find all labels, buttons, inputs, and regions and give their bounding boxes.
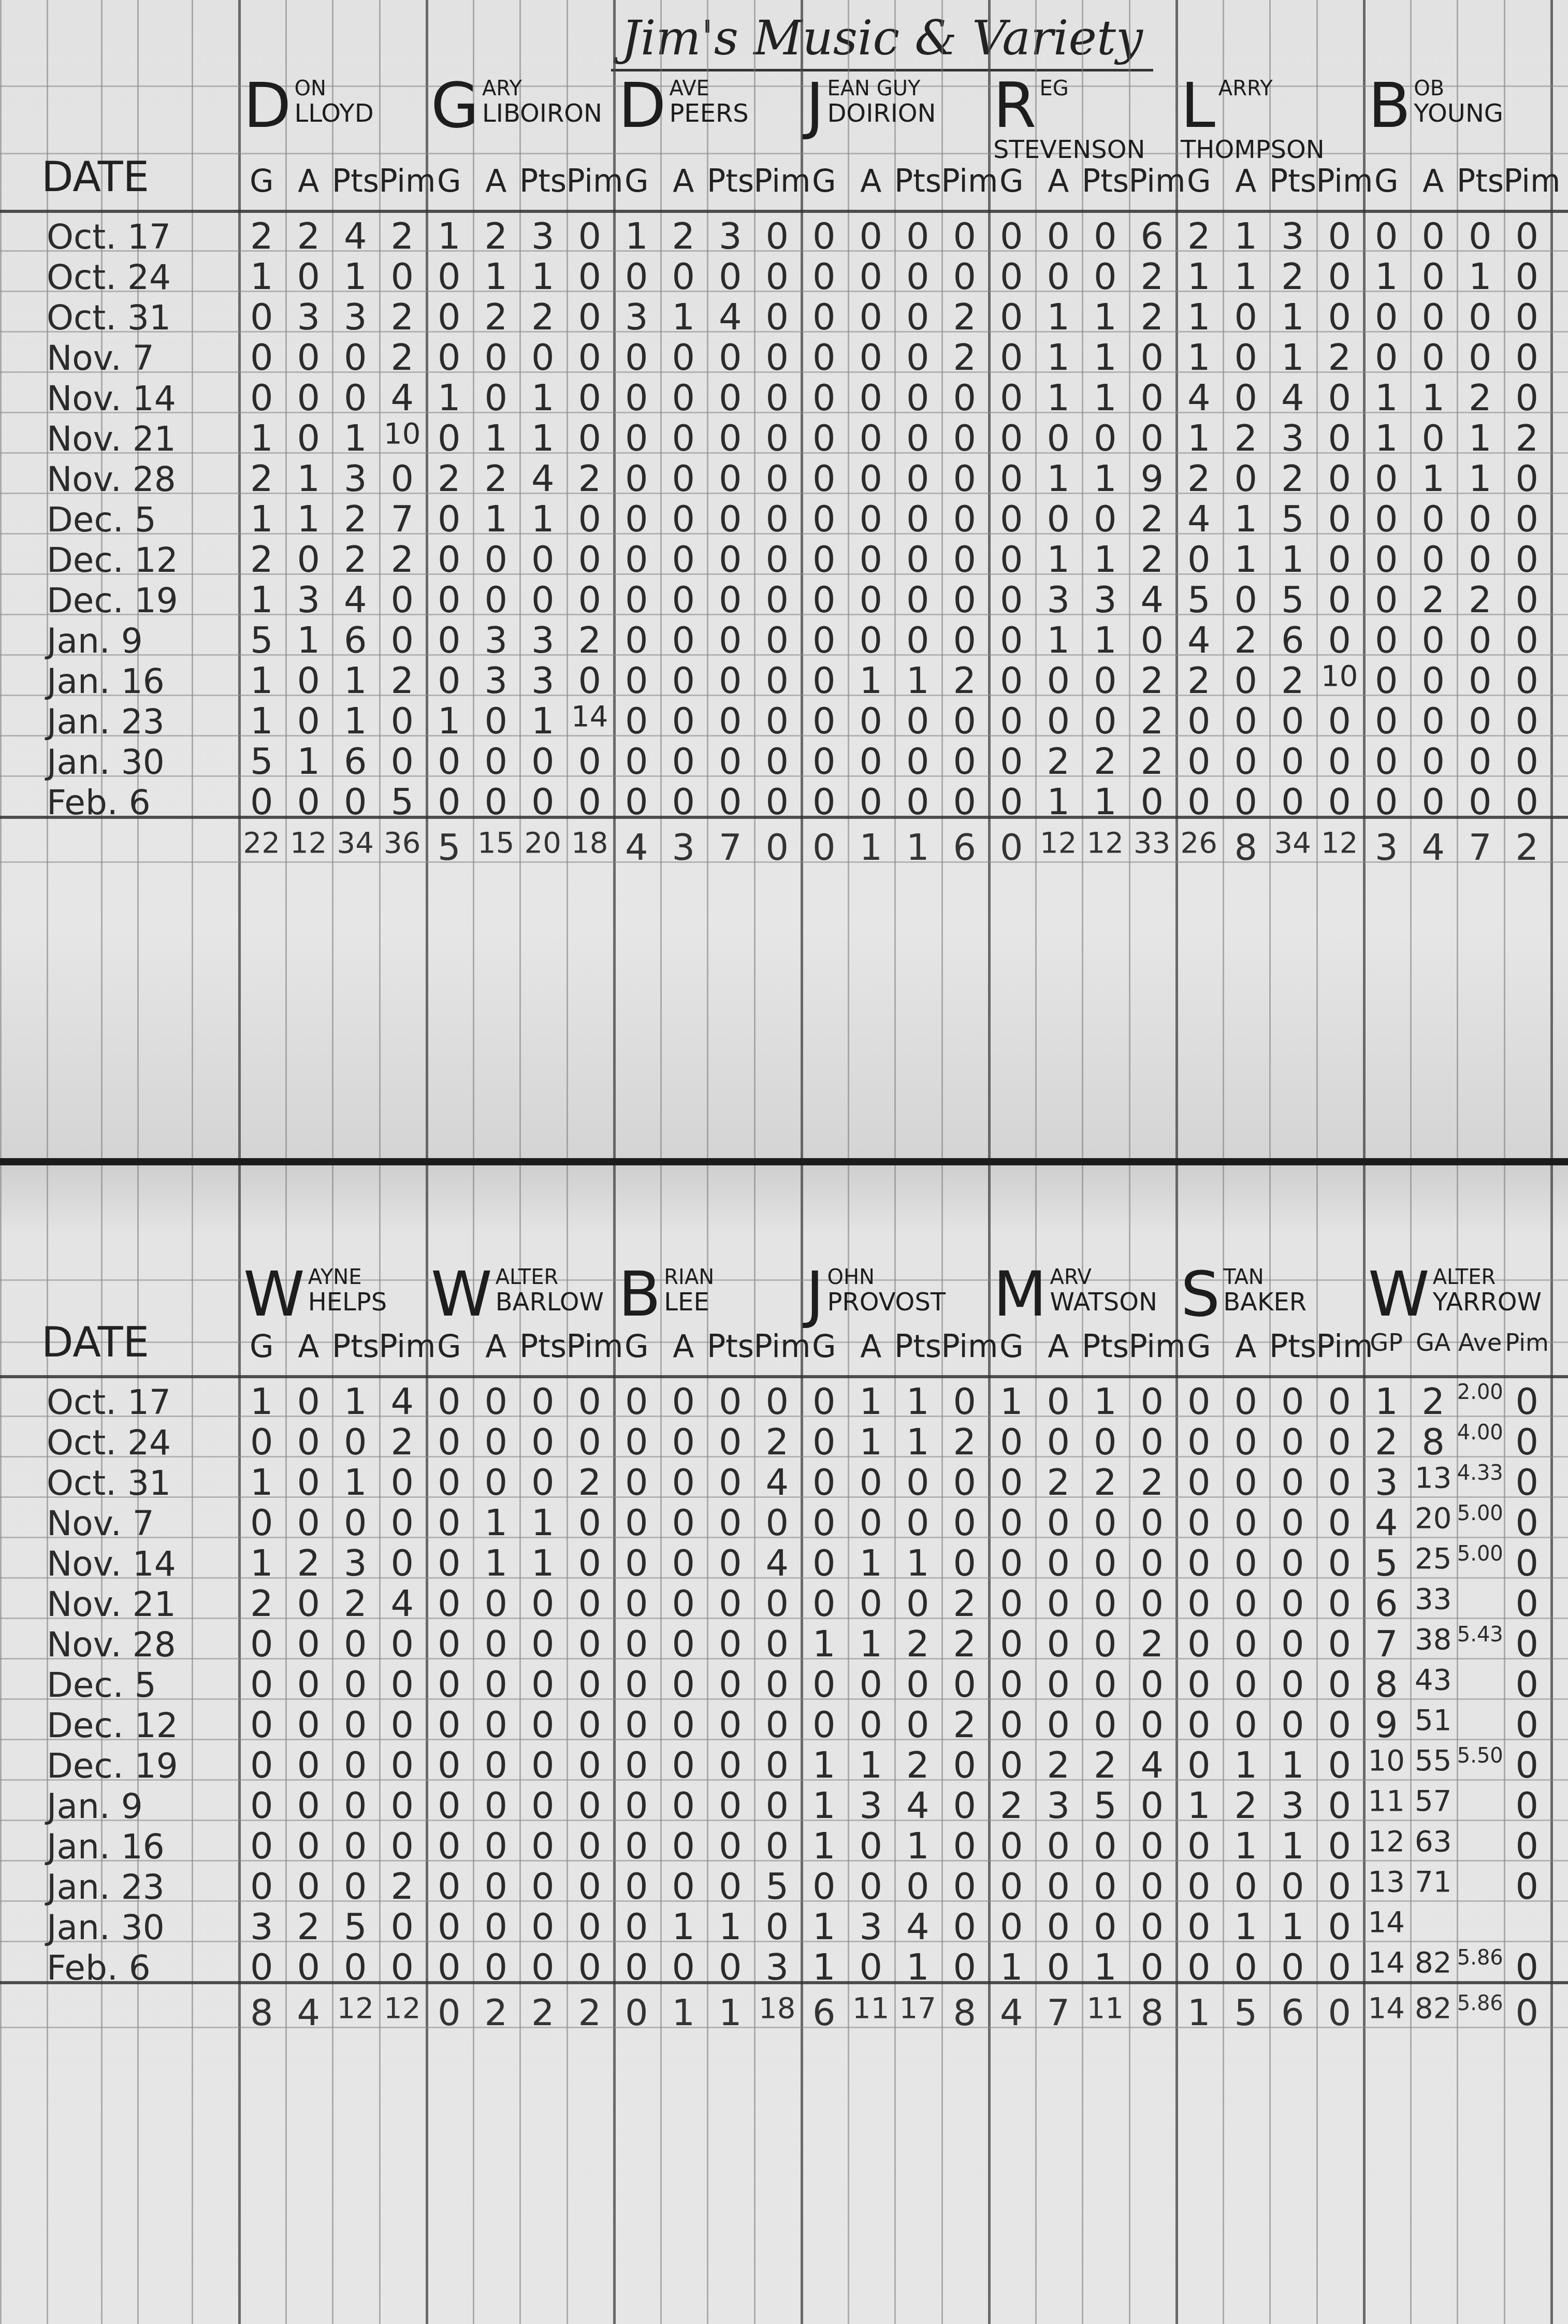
total-cell: 5 <box>426 826 473 869</box>
stat-cell: 0 <box>801 781 848 823</box>
stat-cell: 0 <box>660 1502 707 1544</box>
stat-cell: 0 <box>1129 1542 1176 1584</box>
stat-cell: 0 <box>988 700 1035 742</box>
stat-cell: 2 <box>1269 457 1316 500</box>
stat-cell: 0 <box>1504 1380 1551 1423</box>
stat-cell: 0 <box>285 659 332 702</box>
stat-cell: 0 <box>238 1663 285 1706</box>
stat-cell: 1 <box>1410 377 1457 419</box>
date-cell: Jan. 23 <box>47 702 165 742</box>
stat-cell: 1 <box>894 1946 941 1988</box>
stat-cell: 0 <box>238 1825 285 1867</box>
stat-cell: 3 <box>848 1784 895 1827</box>
stat-cell: 1 <box>1410 457 1457 500</box>
stat-cell: 0 <box>567 1623 614 1665</box>
stat-cell: 9 <box>1363 1704 1410 1746</box>
stat-cell: 0 <box>426 1663 473 1706</box>
stat-cell: 0 <box>332 1946 379 1988</box>
stat-cell: 0 <box>473 579 520 621</box>
date-cell: Feb. 6 <box>47 1948 151 1988</box>
stat-cell: 0 <box>1082 1421 1129 1463</box>
stat-cell: 0 <box>894 417 941 459</box>
stat-cell: 0 <box>707 417 754 459</box>
stat-cell: 0 <box>848 538 895 581</box>
stat-cell: 1 <box>613 215 660 257</box>
stat-cell: 1 <box>894 1380 941 1423</box>
stat-cell: 0 <box>379 255 426 298</box>
stat-cell: 0 <box>660 659 707 702</box>
stat-cell: 0 <box>567 1380 614 1423</box>
stat-cell: 0 <box>426 1582 473 1625</box>
stat-cell: 0 <box>848 1825 895 1867</box>
sheet-title: Jim's Music & Variety <box>611 10 1153 71</box>
stat-cell: 0 <box>988 377 1035 419</box>
stat-cell: 0 <box>519 1663 567 1706</box>
stat-cell: 0 <box>988 1865 1035 1908</box>
stat-cell: 0 <box>754 1380 801 1423</box>
stat-header-gp: GP <box>1363 1329 1410 1356</box>
stat-cell: 1 <box>801 1744 848 1786</box>
stat-cell: 0 <box>1223 740 1270 783</box>
stat-cell: 0 <box>707 1865 754 1908</box>
total-cell: 14 <box>1363 1991 1410 2025</box>
stat-cell: 0 <box>238 1865 285 1908</box>
stat-cell: 3 <box>1269 1784 1316 1827</box>
stat-header-pts: Pts <box>519 1329 567 1365</box>
stat-cell: 0 <box>894 1502 941 1544</box>
stat-cell: 2 <box>1175 659 1223 702</box>
stat-cell: 0 <box>660 740 707 783</box>
stat-cell: 0 <box>660 255 707 298</box>
stat-cell: 0 <box>519 1421 567 1463</box>
stat-cell: 0 <box>519 740 567 783</box>
stat-cell: 4 <box>754 1461 801 1504</box>
stat-cell: 0 <box>988 1542 1035 1584</box>
stat-cell: 0 <box>801 1380 848 1423</box>
stat-cell: 0 <box>1035 1582 1082 1625</box>
stat-cell: 0 <box>754 215 801 257</box>
stat-cell: 0 <box>1175 1502 1223 1544</box>
stat-cell: 2 <box>941 296 989 338</box>
stat-cell: 3 <box>285 579 332 621</box>
stat-cell: 1 <box>238 659 285 702</box>
stat-cell: 1 <box>1223 1825 1270 1867</box>
stat-cell: 1 <box>1035 619 1082 661</box>
stat-cell: 8 <box>1410 1421 1457 1463</box>
stat-cell: 0 <box>238 296 285 338</box>
stat-cell: 0 <box>941 1784 989 1827</box>
stat-cell: 0 <box>473 740 520 783</box>
stat-header-g: G <box>988 163 1035 199</box>
stat-cell: 0 <box>754 1825 801 1867</box>
stat-cell: 0 <box>660 1865 707 1908</box>
stat-cell: 0 <box>567 1582 614 1625</box>
stat-cell: 0 <box>285 538 332 581</box>
stat-cell: 0 <box>894 1461 941 1504</box>
stat-cell: 0 <box>332 1663 379 1706</box>
stat-cell: 0 <box>941 498 989 540</box>
stat-cell: 0 <box>1363 457 1410 500</box>
stat-cell: 1 <box>332 700 379 742</box>
stat-cell: 1 <box>801 1623 848 1665</box>
player-initial: J <box>806 75 824 137</box>
stat-cell: 1 <box>894 1825 941 1867</box>
stat-cell: 0 <box>332 1865 379 1908</box>
stat-cell: 0 <box>285 1946 332 1988</box>
stat-cell: 2 <box>1223 619 1270 661</box>
stat-header-a: A <box>285 1329 332 1365</box>
stat-cell: 0 <box>1082 1865 1129 1908</box>
stat-cell: 0 <box>941 1542 989 1584</box>
stat-cell: 0 <box>613 659 660 702</box>
stat-cell: 1 <box>1223 538 1270 581</box>
stat-cell: 0 <box>567 1744 614 1786</box>
stat-cell: 0 <box>988 740 1035 783</box>
stat-cell: 5 <box>332 1906 379 1948</box>
stat-header-g: G <box>238 1329 285 1365</box>
stat-cell: 0 <box>941 1461 989 1504</box>
stat-cell: 1 <box>473 255 520 298</box>
stat-cell: 0 <box>848 1865 895 1908</box>
stat-cell: 0 <box>801 659 848 702</box>
stat-cell: 0 <box>1504 619 1551 661</box>
stat-cell: 0 <box>1457 296 1504 338</box>
stat-cell: 8 <box>1363 1663 1410 1706</box>
stat-cell: 0 <box>613 740 660 783</box>
stat-cell: 0 <box>1457 659 1504 702</box>
stat-cell: 1 <box>1363 255 1410 298</box>
stat-header-a: A <box>1223 1329 1270 1365</box>
stat-cell: 1 <box>519 377 567 419</box>
stat-cell: 4 <box>1129 1744 1176 1786</box>
stat-cell: 0 <box>1175 1582 1223 1625</box>
stat-cell: 0 <box>707 659 754 702</box>
ledger-page-top: Jim's Music & Variety DATEOct. 17Oct. 24… <box>0 0 1568 1160</box>
stat-cell: 0 <box>660 377 707 419</box>
stat-cell: 0 <box>285 1663 332 1706</box>
stat-header-a: A <box>1223 163 1270 199</box>
stat-cell: 0 <box>1363 296 1410 338</box>
date-cell: Jan. 16 <box>47 661 165 701</box>
stat-cell: 0 <box>941 1663 989 1706</box>
stat-cell: 0 <box>1457 700 1504 742</box>
stat-cell: 0 <box>1363 336 1410 379</box>
stat-cell: 5 <box>1363 1542 1410 1584</box>
stat-cell: 1 <box>801 1946 848 1988</box>
stat-cell: 0 <box>613 457 660 500</box>
stat-cell: 0 <box>894 1865 941 1908</box>
stat-cell: 0 <box>567 1421 614 1463</box>
total-cell: 6 <box>1269 1991 1316 2034</box>
stat-cell: 1 <box>1223 255 1270 298</box>
stat-cell: 2 <box>238 215 285 257</box>
stat-header-pim: Pim <box>1129 1329 1176 1365</box>
total-cell: 26 <box>1175 826 1223 860</box>
stat-cell: 1 <box>285 498 332 540</box>
stat-cell: 14 <box>1363 1946 1410 1980</box>
stat-header-ave: Ave <box>1457 1329 1504 1356</box>
stat-cell: 0 <box>519 1623 567 1665</box>
stat-cell: 1 <box>1035 296 1082 338</box>
stat-cell: 0 <box>238 1946 285 1988</box>
stat-cell: 3 <box>473 619 520 661</box>
stat-cell: 2 <box>988 1784 1035 1827</box>
stat-cell: 0 <box>1223 1502 1270 1544</box>
stat-cell: 0 <box>567 1784 614 1827</box>
stat-header-pts: Pts <box>519 163 567 199</box>
stat-cell: 2 <box>1175 215 1223 257</box>
stat-cell: 1 <box>1175 1784 1223 1827</box>
stat-cell: 2 <box>1082 740 1129 783</box>
stat-cell: 7 <box>379 498 426 540</box>
stat-cell: 0 <box>1082 1502 1129 1544</box>
total-cell: 4 <box>1410 826 1457 869</box>
stat-cell: 0 <box>660 538 707 581</box>
stat-cell: 0 <box>1175 1704 1223 1746</box>
total-cell: 4 <box>613 826 660 869</box>
player-name-jean-guy-doirion: JEAN GUYDOIRION <box>806 75 986 137</box>
stat-cell: 0 <box>1316 1663 1363 1706</box>
stat-cell: 0 <box>473 700 520 742</box>
stat-header-pim: Pim <box>941 163 989 199</box>
stat-cell: 0 <box>285 1380 332 1423</box>
stat-cell: 2 <box>238 457 285 500</box>
stat-cell: 0 <box>1223 336 1270 379</box>
stat-header-g: G <box>613 1329 660 1365</box>
stat-cell: 0 <box>426 1421 473 1463</box>
stat-cell: 1 <box>1363 377 1410 419</box>
stat-cell: 0 <box>894 377 941 419</box>
stat-cell: 4 <box>894 1906 941 1948</box>
stat-cell: 0 <box>613 1784 660 1827</box>
total-cell: 4 <box>285 1991 332 2034</box>
total-cell: 12 <box>285 826 332 860</box>
stat-cell: 0 <box>426 740 473 783</box>
stat-cell: 0 <box>1410 619 1457 661</box>
stat-cell: 0 <box>1129 1946 1176 1988</box>
stat-cell: 1 <box>801 1784 848 1827</box>
stat-cell: 1 <box>238 700 285 742</box>
total-cell: 8 <box>238 1991 285 2034</box>
stat-cell: 2 <box>941 1421 989 1463</box>
stat-cell: 0 <box>660 579 707 621</box>
stat-cell: 2.00 <box>1457 1380 1504 1404</box>
stat-header-g: G <box>426 1329 473 1365</box>
stat-cell: 0 <box>707 1744 754 1786</box>
stat-cell: 0 <box>473 1784 520 1827</box>
stat-cell: 0 <box>848 1663 895 1706</box>
stat-cell: 1 <box>1223 1906 1270 1948</box>
stat-header-pts: Pts <box>332 1329 379 1365</box>
stat-cell: 0 <box>988 1623 1035 1665</box>
stat-cell: 0 <box>988 659 1035 702</box>
stat-cell: 0 <box>613 1946 660 1988</box>
stat-cell: 0 <box>941 377 989 419</box>
stat-cell: 0 <box>1316 1421 1363 1463</box>
stat-cell: 2 <box>1223 1784 1270 1827</box>
stat-header-a: A <box>660 1329 707 1365</box>
stat-cell: 0 <box>941 255 989 298</box>
stat-cell: 4 <box>707 296 754 338</box>
stat-cell: 0 <box>613 538 660 581</box>
player-first-name-rest: EAN GUY <box>806 75 986 99</box>
stat-cell: 0 <box>848 336 895 379</box>
stat-cell: 0 <box>567 1865 614 1908</box>
stat-cell: 0 <box>801 215 848 257</box>
stat-cell: 3 <box>1035 1784 1082 1827</box>
stat-cell: 0 <box>801 538 848 581</box>
stat-cell: 0 <box>1410 215 1457 257</box>
stat-cell: 0 <box>613 1502 660 1544</box>
stat-cell: 0 <box>894 215 941 257</box>
stat-cell: 0 <box>894 255 941 298</box>
stat-cell: 0 <box>285 377 332 419</box>
stat-header-pts: Pts <box>707 163 754 199</box>
player-name-marv-watson: MARVWATSON <box>993 1264 1173 1326</box>
stat-cell: 3 <box>285 296 332 338</box>
stat-cell: 0 <box>801 377 848 419</box>
stat-cell: 0 <box>1269 1421 1316 1463</box>
stat-cell: 0 <box>473 1663 520 1706</box>
date-cell: Oct. 24 <box>47 1423 171 1463</box>
stat-cell: 0 <box>1269 740 1316 783</box>
stat-cell: 0 <box>285 1582 332 1625</box>
stat-cell: 0 <box>1269 1865 1316 1908</box>
stat-cell: 0 <box>613 1825 660 1867</box>
stat-cell: 0 <box>1316 255 1363 298</box>
stat-cell: 0 <box>1129 1582 1176 1625</box>
player-initial: L <box>1181 75 1215 137</box>
total-cell: 5.86 <box>1457 1991 1504 2015</box>
stat-cell: 1 <box>988 1946 1035 1988</box>
player-name-don-lloyd: DONLLOYD <box>243 75 424 137</box>
stat-cell: 0 <box>660 1380 707 1423</box>
stat-header-pts: Pts <box>1269 163 1316 199</box>
stat-cell: 0 <box>1316 377 1363 419</box>
stat-cell: 1 <box>1082 1380 1129 1423</box>
total-cell: 7 <box>707 826 754 869</box>
stat-cell: 1 <box>1035 377 1082 419</box>
stat-cell: 0 <box>1504 1421 1551 1463</box>
stat-cell: 0 <box>238 1744 285 1786</box>
stat-cell: 0 <box>754 377 801 419</box>
stat-cell: 0 <box>426 336 473 379</box>
stat-cell: 0 <box>1504 1704 1551 1746</box>
stat-cell: 1 <box>1082 1946 1129 1988</box>
stat-cell: 2 <box>238 1582 285 1625</box>
stat-cell: 0 <box>848 1502 895 1544</box>
stat-cell: 1 <box>519 1542 567 1584</box>
stat-cell: 0 <box>988 619 1035 661</box>
stat-header-a: A <box>1410 163 1457 199</box>
stat-cell: 0 <box>613 1582 660 1625</box>
stat-cell: 3 <box>1269 417 1316 459</box>
player-name-wayne-helps: WAYNEHELPS <box>243 1264 424 1326</box>
stat-cell: 2 <box>379 1865 426 1908</box>
total-cell: 22 <box>238 826 285 860</box>
stat-cell: 2 <box>941 659 989 702</box>
stat-cell: 0 <box>332 1623 379 1665</box>
stat-cell: 0 <box>1316 781 1363 823</box>
stat-cell: 0 <box>426 619 473 661</box>
stat-cell: 0 <box>1129 1865 1176 1908</box>
stat-cell: 0 <box>332 1825 379 1867</box>
stat-cell: 1 <box>988 1380 1035 1423</box>
stat-cell: 0 <box>1504 1663 1551 1706</box>
stat-cell: 0 <box>285 1704 332 1746</box>
stat-cell: 0 <box>848 457 895 500</box>
stat-cell: 4 <box>379 377 426 419</box>
stat-cell: 5 <box>1269 498 1316 540</box>
stat-cell: 0 <box>238 1704 285 1746</box>
stat-cell: 0 <box>941 700 989 742</box>
total-cell: 11 <box>1082 1991 1129 2025</box>
stat-cell: 0 <box>1035 1946 1082 1988</box>
stat-cell: 1 <box>238 1380 285 1423</box>
stat-cell: 13 <box>1363 1865 1410 1899</box>
stat-cell: 0 <box>848 1461 895 1504</box>
stat-cell: 0 <box>1035 498 1082 540</box>
total-cell: 4 <box>988 1991 1035 2034</box>
player-initial: W <box>243 1264 305 1326</box>
stat-cell: 0 <box>519 336 567 379</box>
stat-cell: 0 <box>519 1784 567 1827</box>
stat-header-g: G <box>238 163 285 199</box>
stat-header-pts: Pts <box>894 163 941 199</box>
stat-cell: 0 <box>660 1421 707 1463</box>
player-name-dave-peers: DAVEPEERS <box>618 75 798 137</box>
stat-cell: 0 <box>473 538 520 581</box>
stat-cell: 2 <box>1363 1421 1410 1463</box>
date-cell: Nov. 7 <box>47 1504 154 1543</box>
stat-header-pts: Pts <box>1082 163 1129 199</box>
stat-header-pts: Pts <box>1457 163 1504 199</box>
stat-cell: 0 <box>1363 538 1410 581</box>
date-cell: Jan. 9 <box>47 621 143 661</box>
stat-header-pts: Pts <box>332 163 379 199</box>
stat-cell: 0 <box>848 1946 895 1988</box>
stat-cell: 9 <box>1129 457 1176 500</box>
stat-cell: 2 <box>1082 1461 1129 1504</box>
stat-cell: 0 <box>1175 1542 1223 1584</box>
stat-cell: 4.00 <box>1457 1421 1504 1445</box>
stat-cell: 0 <box>707 255 754 298</box>
stat-cell: 0 <box>988 579 1035 621</box>
stat-cell: 0 <box>1504 457 1551 500</box>
stat-cell: 0 <box>1035 1380 1082 1423</box>
stat-cell: 51 <box>1410 1704 1457 1737</box>
stat-cell: 2 <box>1035 1744 1082 1786</box>
stat-cell: 0 <box>754 659 801 702</box>
total-cell: 0 <box>613 1991 660 2034</box>
stat-cell: 0 <box>1223 1461 1270 1504</box>
total-cell: 12 <box>332 1991 379 2025</box>
total-cell: 8 <box>1223 826 1270 869</box>
stat-cell: 1 <box>238 417 285 459</box>
stat-cell: 2 <box>1410 1380 1457 1423</box>
date-cell: Dec. 19 <box>47 1746 178 1786</box>
stat-cell: 0 <box>426 417 473 459</box>
stat-cell: 0 <box>1316 498 1363 540</box>
stat-cell: 0 <box>1410 538 1457 581</box>
stat-cell: 0 <box>1175 1865 1223 1908</box>
stat-cell: 1 <box>1363 1380 1410 1423</box>
stat-cell: 10 <box>1363 1744 1410 1778</box>
date-cell: Dec. 5 <box>47 1665 156 1705</box>
stat-cell: 2 <box>1457 377 1504 419</box>
ledger-page-bottom: DATEOct. 17Oct. 24Oct. 31Nov. 7Nov. 14No… <box>0 1165 1568 2324</box>
stat-cell: 0 <box>1082 215 1129 257</box>
